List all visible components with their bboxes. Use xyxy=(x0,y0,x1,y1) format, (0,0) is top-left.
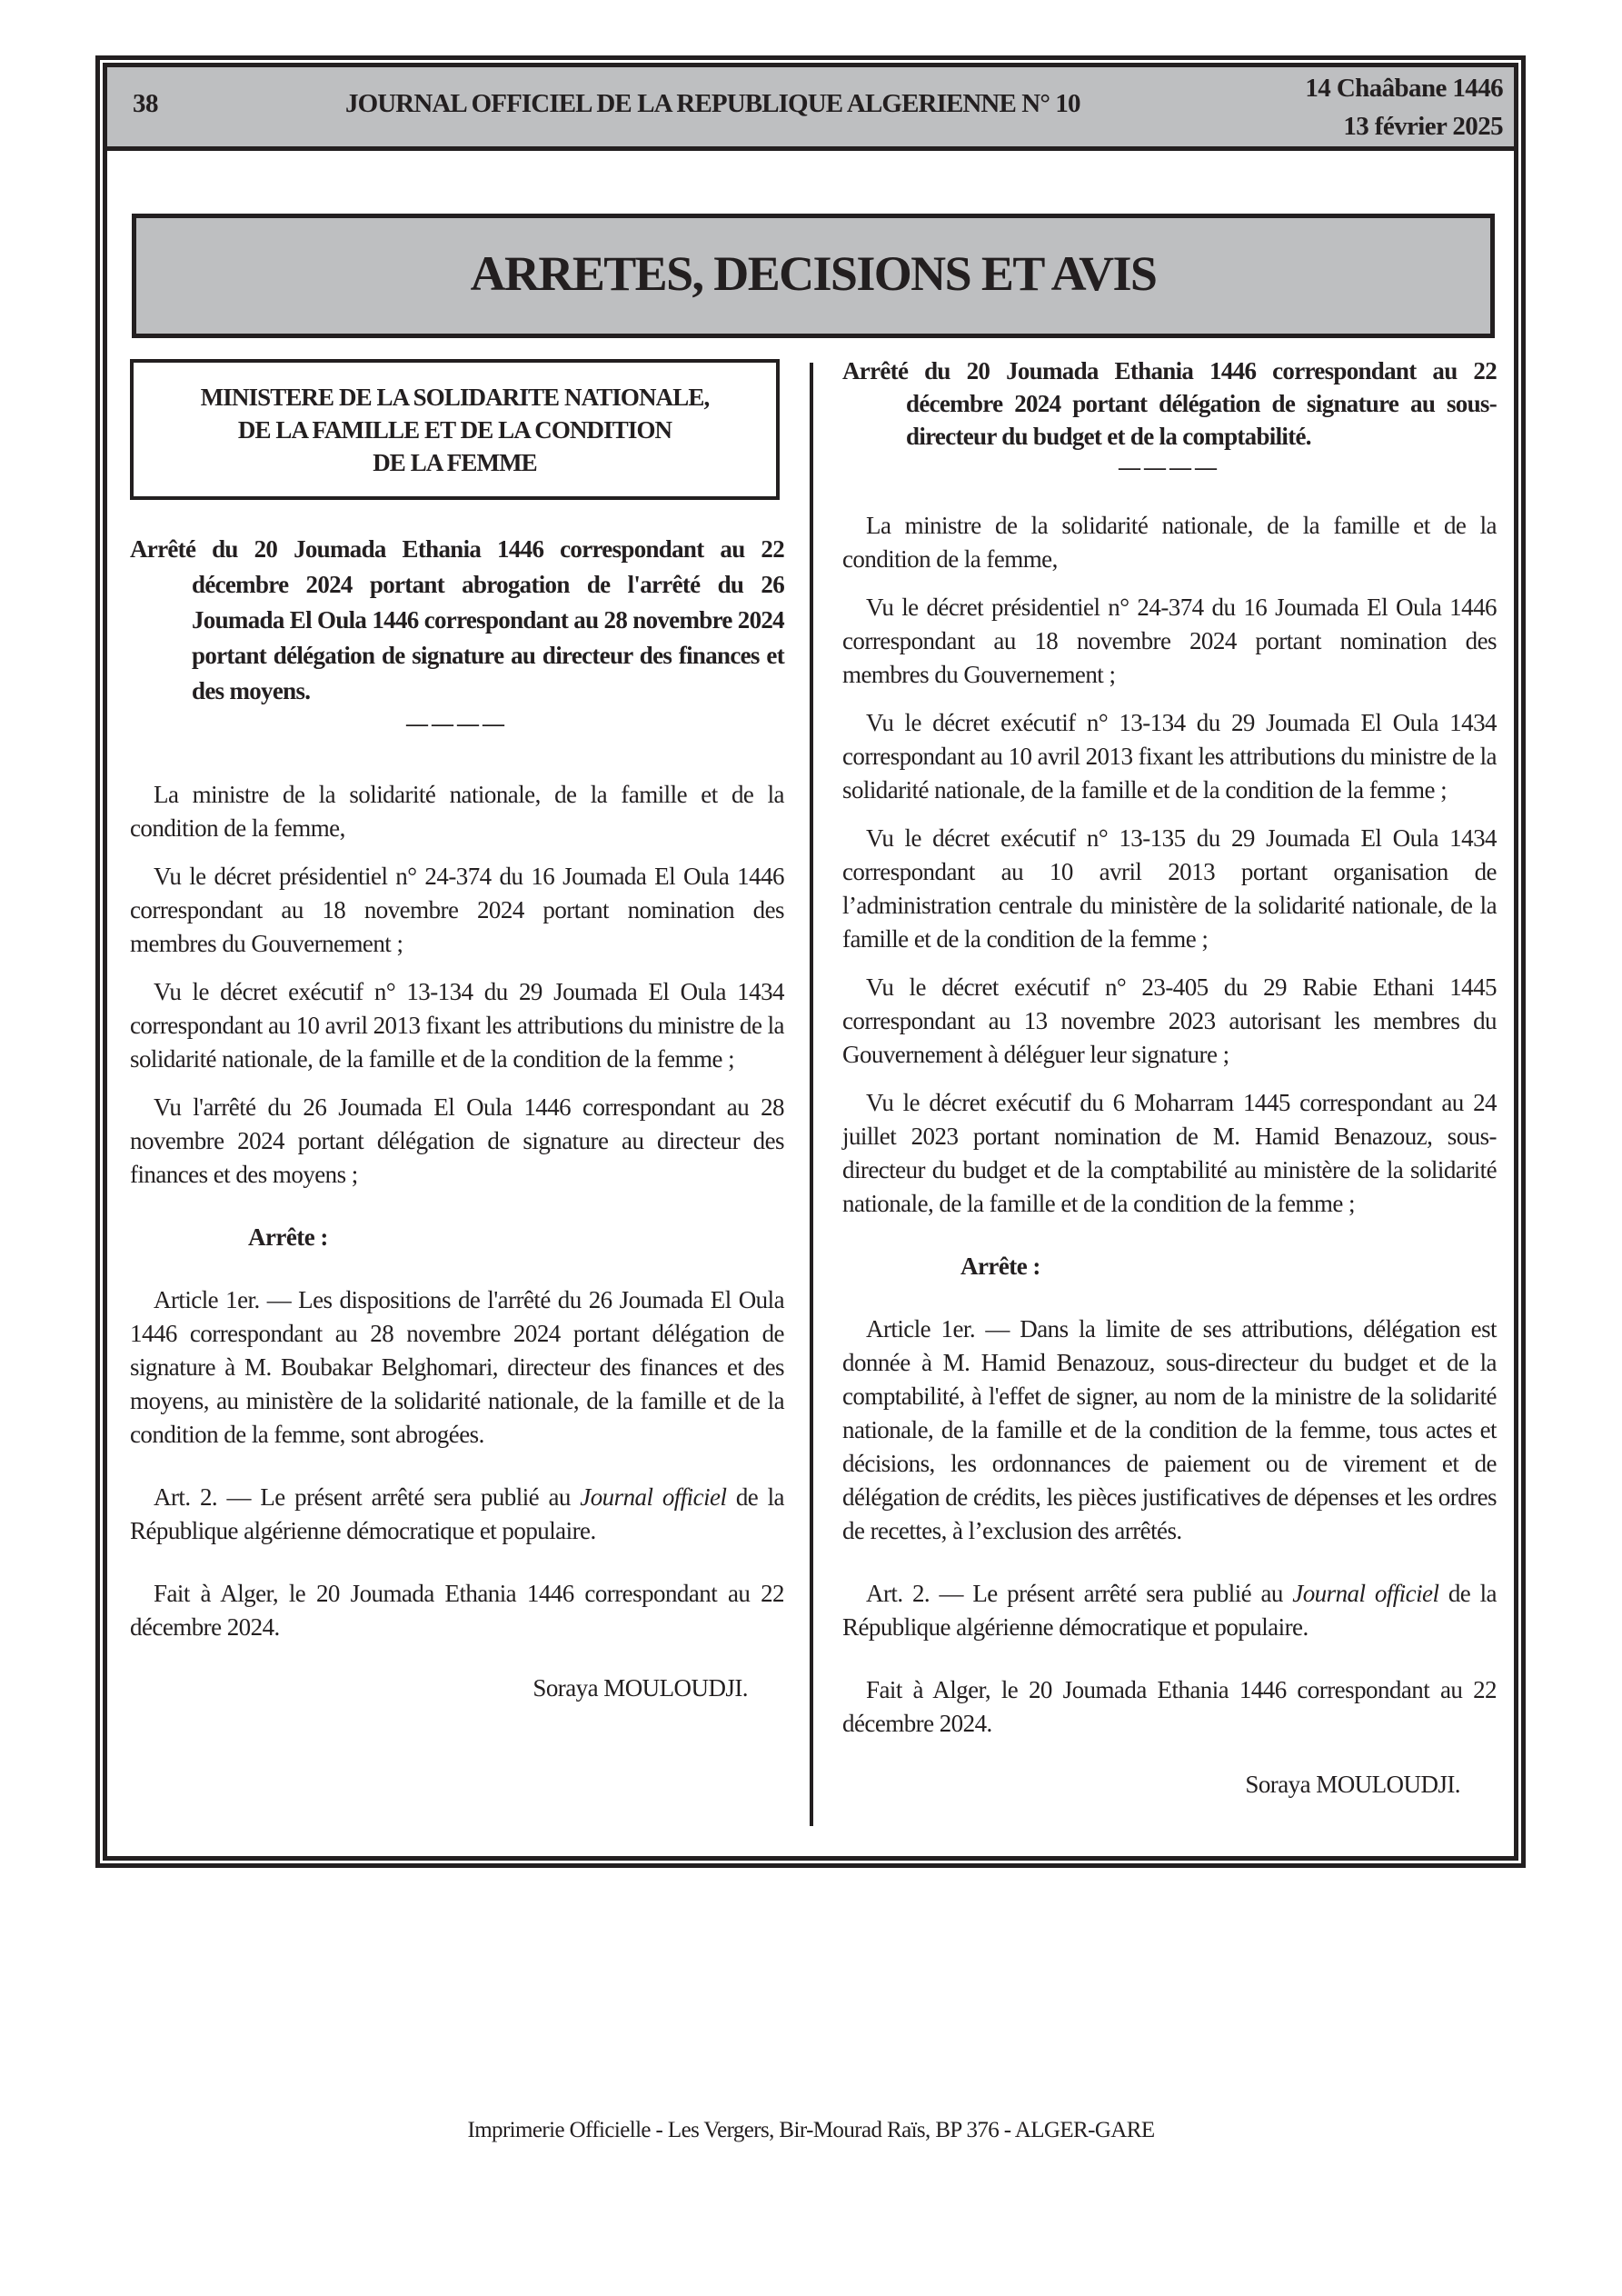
column-divider xyxy=(810,363,813,1826)
article-2-text: Art. 2. — Le présent arrêté sera publié … xyxy=(866,1580,1292,1607)
arrete-label: Arrête : xyxy=(842,1250,1497,1283)
visa-paragraph: Vu le décret exécutif n° 13-135 du 29 Jo… xyxy=(842,822,1497,956)
section-title-box: ARRETES, DECISIONS ET AVIS xyxy=(132,214,1495,338)
visa-paragraph: Vu le décret présidentiel n° 24-374 du 1… xyxy=(130,860,784,961)
right-column: Arrêté du 20 Joumada Ethania 1446 corres… xyxy=(842,354,1497,1826)
signature: Soraya MOULOUDJI. xyxy=(842,1768,1497,1802)
arrete-label: Arrête : xyxy=(130,1221,784,1254)
separator-dashes: ———— xyxy=(842,454,1497,482)
ministry-box: MINISTERE DE LA SOLIDARITE NATIONALE, DE… xyxy=(130,359,780,500)
signature: Soraya MOULOUDJI. xyxy=(130,1672,784,1705)
ministry-line-1: MINISTERE DE LA SOLIDARITE NATIONALE, xyxy=(134,381,776,414)
date-gregorian: 13 février 2025 xyxy=(1305,107,1503,145)
journal-officiel-italic: Journal officiel xyxy=(580,1483,726,1511)
visa-paragraph: Vu l'arrêté du 26 Joumada El Oula 1446 c… xyxy=(130,1091,784,1192)
visa-paragraph: Vu le décret exécutif n° 13-134 du 29 Jo… xyxy=(842,706,1497,807)
printer-footer: Imprimerie Officielle - Les Vergers, Bir… xyxy=(0,2118,1622,2143)
article-2: Art. 2. — Le présent arrêté sera publié … xyxy=(130,1481,784,1548)
date-hijri: 14 Chaâbane 1446 xyxy=(1305,69,1503,107)
done-at: Fait à Alger, le 20 Joumada Ethania 1446… xyxy=(130,1577,784,1644)
ministry-line-3: DE LA FEMME xyxy=(134,446,776,479)
article-1: Article 1er. — Les dispositions de l'arr… xyxy=(130,1283,784,1452)
left-column: MINISTERE DE LA SOLIDARITE NATIONALE, DE… xyxy=(130,359,784,1730)
visa-paragraph: Vu le décret exécutif du 6 Moharram 1445… xyxy=(842,1086,1497,1221)
article-2: Art. 2. — Le présent arrêté sera publié … xyxy=(842,1577,1497,1644)
page-number: 38 xyxy=(133,89,158,119)
visa-paragraph: Vu le décret exécutif n° 13-134 du 29 Jo… xyxy=(130,975,784,1076)
visa-paragraph: Vu le décret présidentiel n° 24-374 du 1… xyxy=(842,591,1497,692)
issue-dates: 14 Chaâbane 1446 13 février 2025 xyxy=(1305,69,1503,145)
done-at: Fait à Alger, le 20 Joumada Ethania 1446… xyxy=(842,1673,1497,1741)
article-1: Article 1er. — Dans la limite de ses att… xyxy=(842,1313,1497,1548)
decree-heading: Arrêté du 20 Joumada Ethania 1446 corres… xyxy=(130,532,784,709)
decree-heading: Arrêté du 20 Joumada Ethania 1446 corres… xyxy=(842,354,1497,453)
section-title: ARRETES, DECISIONS ET AVIS xyxy=(471,245,1157,302)
visa-paragraph: Vu le décret exécutif n° 23-405 du 29 Ra… xyxy=(842,971,1497,1072)
journal-title: JOURNAL OFFICIEL DE LA REPUBLIQUE ALGERI… xyxy=(345,89,1080,119)
running-header: 38 JOURNAL OFFICIEL DE LA REPUBLIQUE ALG… xyxy=(107,67,1514,151)
separator-dashes: ———— xyxy=(130,711,784,738)
article-2-text: Art. 2. — Le présent arrêté sera publié … xyxy=(154,1483,580,1511)
preamble-paragraph: La ministre de la solidarité nationale, … xyxy=(842,509,1497,576)
journal-officiel-italic: Journal officiel xyxy=(1292,1580,1438,1607)
preamble-paragraph: La ministre de la solidarité nationale, … xyxy=(130,778,784,845)
ministry-line-2: DE LA FAMILLE ET DE LA CONDITION xyxy=(134,414,776,446)
